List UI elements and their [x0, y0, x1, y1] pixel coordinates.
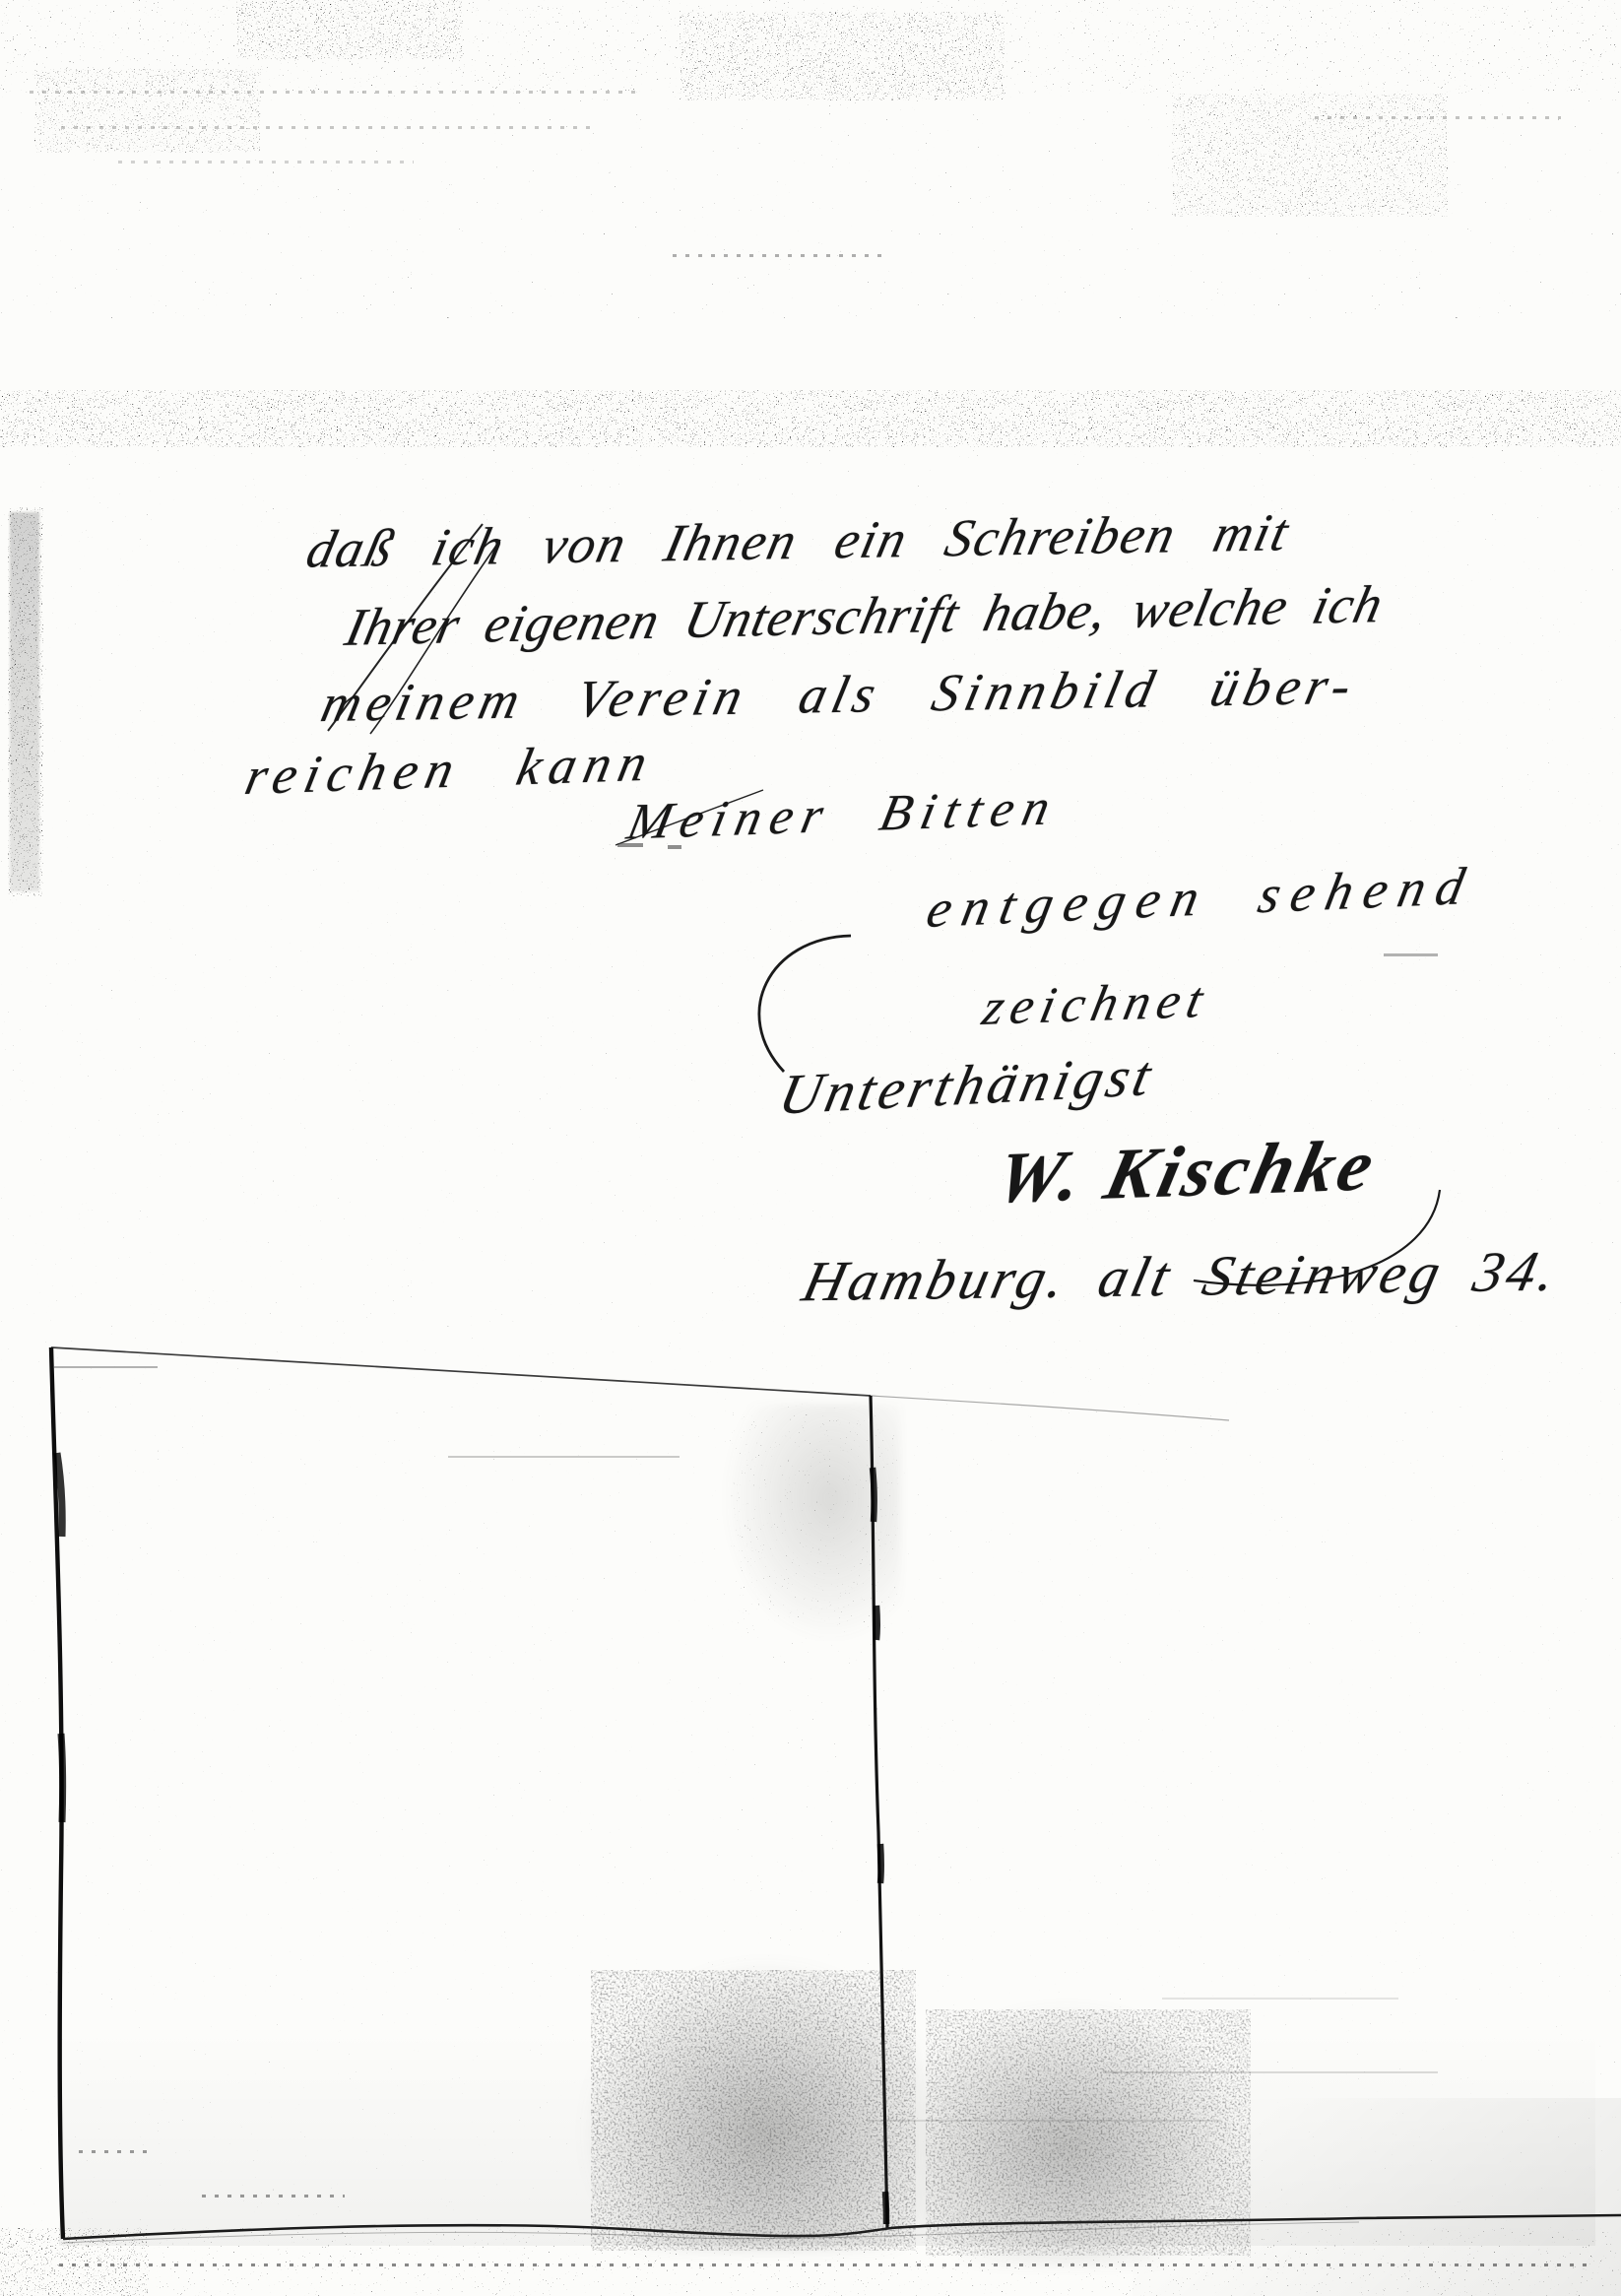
artifact-dashes-2185 — [79, 2150, 148, 2153]
artifact-dashed-row-top-2 — [61, 126, 593, 129]
handwriting-closing-line-2: entgegen sehend — [922, 855, 1481, 940]
noise-top-band — [0, 0, 1621, 94]
artifact-streak-2105 — [1103, 2071, 1438, 2073]
noise-dust-right-line-lower — [739, 1625, 886, 1950]
artifact-dotted-bottom-row — [59, 2263, 1595, 2266]
noise-top-cluster-2 — [680, 12, 1005, 100]
smudge-left-edge-strip — [10, 512, 39, 891]
smudge-bottom-wide-wash — [59, 2029, 1595, 2246]
handwriting-address-line: Hamburg. alt Steinweg 34. — [797, 1238, 1567, 1315]
handwriting-signature: W. Kischke — [988, 1124, 1385, 1220]
paper-edge-bottom-line-fuzz — [63, 2222, 1359, 2243]
noise-bottom-corner — [0, 2228, 148, 2296]
artifact-dashed-row-top-3 — [118, 161, 414, 164]
paper-edge-right-line — [871, 1396, 887, 2228]
artifact-streak-1478 — [448, 1456, 680, 1458]
noise-dust-right-line-upper — [731, 1414, 898, 1626]
artifact-dashed-row-mid — [673, 254, 884, 257]
handwriting-body-line-1: daß ich von Ihnen ein Schreiben mit — [301, 501, 1296, 579]
paper-edge-bottom-line — [63, 2215, 1621, 2239]
noise-top-cluster-1 — [236, 0, 463, 59]
artifact-dash-inside-paper-top — [54, 1366, 158, 1368]
handwriting-body-line-2: Ihrer eigenen Unterschrift habe, welche … — [340, 573, 1389, 658]
handwriting-body-line-4: reichen kann — [240, 732, 661, 807]
noise-row-270 — [0, 258, 1621, 319]
handwriting-closing-line-3: zeichnet — [978, 971, 1215, 1037]
noise-stripe-fade — [0, 445, 1621, 519]
noise-lower-scatter — [0, 1310, 1621, 2236]
scanned-letter-page: daß ich von Ihnen ein Schreiben mit Ihre… — [0, 0, 1621, 2296]
artifact-dashes-2228 — [202, 2195, 345, 2198]
artifact-dashed-row-top-1 — [30, 91, 640, 94]
paper-edge-top-line — [51, 1347, 871, 1396]
smudge-cloud-left — [576, 1955, 921, 2251]
handwriting-valediction: Unterthänigst — [773, 1042, 1160, 1127]
paper-edge-right-line-knots — [873, 1468, 886, 2224]
paper-edge-left-line-knots — [57, 1453, 63, 1822]
artifact-dots-right-of-sehend — [1384, 953, 1438, 956]
noise-left-edge-strip — [8, 507, 43, 896]
handwriting-body-line-3: meinem Verein als Sinnbild über- — [316, 655, 1364, 734]
handwriting-closing-line-1: Meiner Bitten — [622, 778, 1065, 851]
noise-stripe-410 — [0, 390, 1621, 447]
flourish-valediction-loop — [759, 936, 851, 1072]
smudge-dust-right-line — [724, 1404, 901, 1640]
artifact-streak-2030 — [1162, 1998, 1398, 2000]
noise-bottom-band — [0, 2228, 1621, 2296]
noise-top-cluster-3 — [1172, 94, 1448, 217]
smudge-cloud-right — [921, 2000, 1246, 2265]
artifact-dashed-row-right — [1315, 116, 1561, 119]
paper-edge-top-line-faded — [871, 1396, 1229, 1420]
noise-top-cluster-4 — [34, 69, 261, 153]
noise-cloud-left — [591, 1970, 916, 2251]
paper-edge-left-line — [51, 1347, 63, 2239]
noise-cloud-right — [926, 2009, 1251, 2256]
artifact-streak-2152 — [867, 2120, 1221, 2122]
